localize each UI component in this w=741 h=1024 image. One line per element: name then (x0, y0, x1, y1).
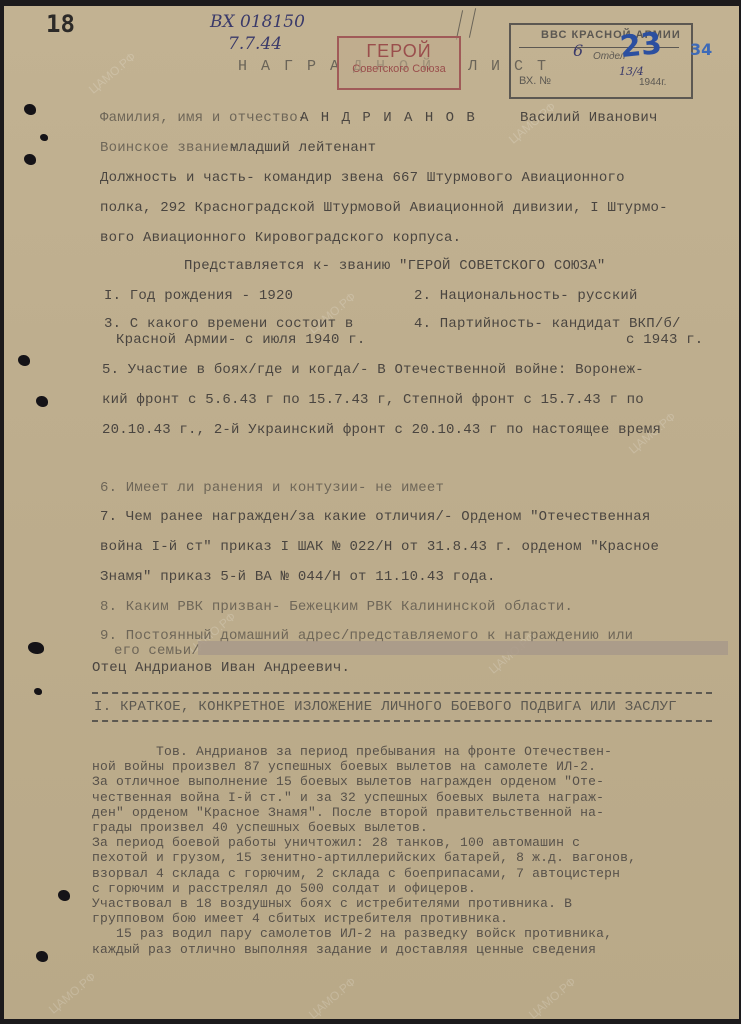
handwritten-reference: ВХ 018150 (210, 12, 305, 32)
vvs-registry-stamp: ВВС КРАСНОЙ АРМИИ 6 Отдел 13/4 ВХ. № 194… (509, 23, 693, 99)
combat-participation-line-3: 20.10.43 г., 2-й Украинский фронт с 20.1… (102, 422, 661, 438)
punch-hole (24, 154, 36, 165)
prior-awards-line-2: война I-й ст" приказ I ШАК № 022/Н от 31… (100, 539, 659, 555)
prior-awards-line-1: 7. Чем ранее награжден/за какие отличия/… (100, 509, 651, 525)
position-line-2: полка, 292 Красноградской Штурмовой Авиа… (100, 200, 668, 216)
narrative-line: чественная война I-й ст." и за 32 успешн… (92, 790, 604, 805)
punch-hole (40, 134, 48, 141)
punch-hole (36, 951, 48, 962)
rank-label: Воинское звание- (100, 140, 238, 156)
hero-stamp-line1: ГЕРОЙ (339, 41, 459, 62)
punch-hole (18, 355, 30, 366)
nationality: 2. Национальность- русский (414, 288, 638, 304)
sheet-number: 18 (46, 10, 75, 38)
given-names: Василий Иванович (520, 110, 658, 126)
punch-hole (34, 688, 42, 695)
handwritten-date: 7.7.44 (228, 34, 282, 54)
award-sheet: ЦАМО.РФ ЦАМО.РФ ЦАМО.РФ ЦАМО.РФ ЦАМО.РФ … (4, 6, 739, 1019)
watermark: ЦАМО.РФ (86, 49, 138, 96)
prior-awards-line-3: Знамя" приказ 5-й ВА № 044/Н от 11.10.43… (100, 569, 496, 585)
narrative-line: пехотой и грузом, 15 зенитно-артиллерийс… (92, 850, 636, 865)
army-since-line-2: Красной Армии- с июля 1940 г. (116, 332, 365, 348)
punch-hole (36, 396, 48, 407)
blue-ink-number-2: 34 (690, 40, 712, 59)
narrative-line: 15 раз водил пару самолетов ИЛ-2 на разв… (92, 926, 612, 941)
surname: А Н Д Р И А Н О В (300, 110, 477, 126)
home-address-line-3: Отец Андрианов Иван Андреевич. (92, 660, 350, 676)
position-line-3: вого Авиационного Кировоградского корпус… (100, 230, 461, 246)
watermark: ЦАМО.РФ (306, 974, 358, 1019)
watermark: ЦАМО.РФ (46, 969, 98, 1016)
stamp-dept-number: 6 (573, 41, 583, 60)
party-line-1: 4. Партийность- кандидат ВКП/б/ (414, 316, 681, 332)
nominated-for: Представляется к- званию "ГЕРОЙ СОВЕТСКО… (184, 258, 605, 274)
narrative-line: Участвовал в 18 воздушных боях с истреби… (92, 896, 572, 911)
watermark: ЦАМО.РФ (526, 974, 578, 1019)
narrative-line: За период боевой работы уничтожил: 28 та… (92, 835, 580, 850)
narrative-line: групповом бою имеет 4 сбитых истребителя… (92, 911, 508, 926)
narrative-line: За отличное выполнение 15 боевых вылетов… (92, 774, 604, 789)
dashed-rule (92, 692, 712, 694)
pen-mark (469, 8, 476, 38)
punch-hole (24, 104, 36, 115)
narrative-line: Тов. Андрианов за период пребывания на ф… (92, 744, 612, 759)
section-title: I. КРАТКОЕ, КОНКРЕТНОЕ ИЗЛОЖЕНИЕ ЛИЧНОГО… (94, 699, 677, 715)
punch-hole (58, 890, 70, 901)
narrative-line: каждый раз отлично выполняя задание и до… (92, 942, 596, 957)
home-address-line-2: его семьи/ (114, 643, 200, 659)
combat-participation-line-1: 5. Участие в боях/где и когда/- В Отечес… (102, 362, 644, 378)
birth-year: I. Год рождения - 1920 (104, 288, 293, 304)
hero-stamp-line2: Советского Союза (339, 63, 459, 75)
stamp-year: 1944г. (639, 77, 666, 88)
name-label: Фамилия, имя и отчество- (100, 110, 306, 126)
blue-ink-number: 23 (618, 26, 663, 65)
narrative-line: с горючим и расстрелял до 500 солдат и о… (92, 881, 476, 896)
army-since-line-1: 3. С какого времени состоит в (104, 316, 353, 332)
hero-stamp: ГЕРОЙ Советского Союза (337, 36, 461, 90)
dashed-rule (92, 720, 712, 722)
position-line-1: Должность и часть- командир звена 667 Шт… (100, 170, 625, 186)
redacted-address (198, 641, 728, 655)
conscription-office: 8. Каким РВК призван- Бежецким РВК Калин… (100, 599, 573, 615)
wounds: 6. Имеет ли ранения и контузии- не имеет (100, 480, 444, 496)
punch-hole (28, 642, 44, 654)
party-line-2: с 1943 г. (626, 332, 703, 348)
narrative-line: ной войны произвел 87 успешных боевых вы… (92, 759, 596, 774)
narrative-line: взорвал 4 склада с горючим, 2 склада с б… (92, 866, 620, 881)
rank: младший лейтенант (230, 140, 376, 156)
narrative-line: ден" орденом "Красное Знамя". После втор… (92, 805, 604, 820)
combat-participation-line-2: кий фронт с 5.6.43 г по 15.7.43 г, Степн… (102, 392, 644, 408)
stamp-incoming-label: ВХ. № (519, 75, 551, 87)
narrative-line: грады произвел 40 успешных боевых вылето… (92, 820, 428, 835)
